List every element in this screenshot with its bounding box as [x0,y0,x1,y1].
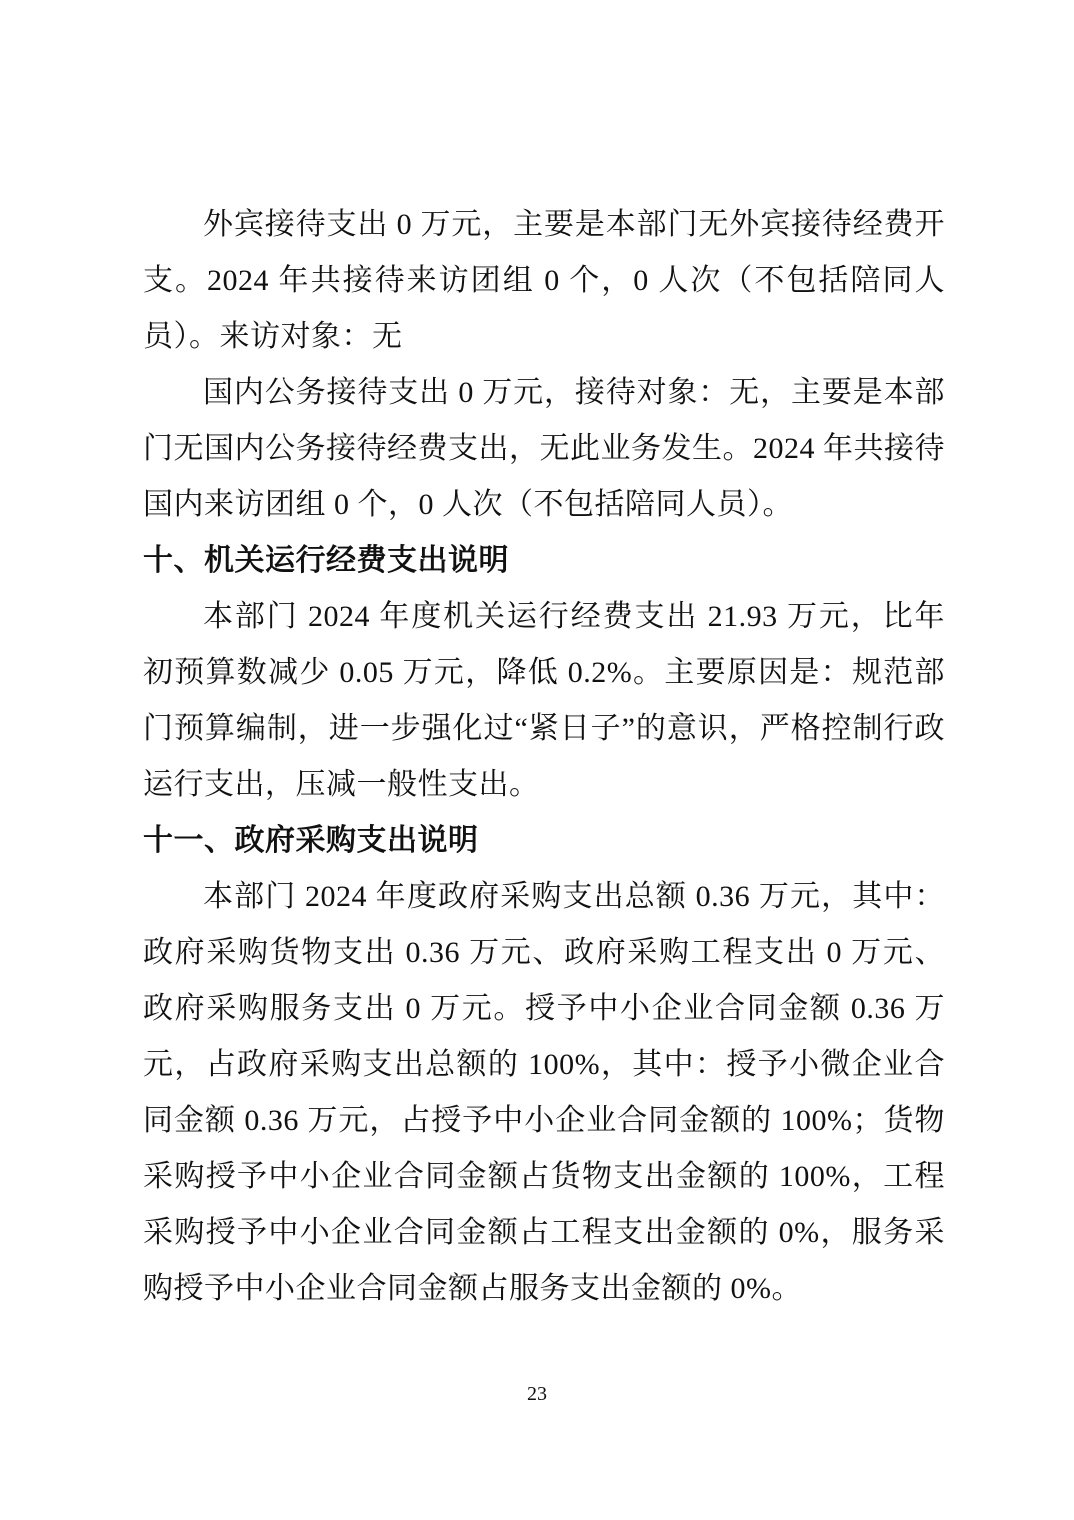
paragraph-domestic-official-reception: 国内公务接待支出 0 万元，接待对象：无，主要是本部门无国内公务接待经费支出，无… [143,365,945,533]
heading-section-11-government-procurement: 十一、政府采购支出说明 [143,813,945,869]
paragraph-agency-operating-expenses: 本部门 2024 年度机关运行经费支出 21.93 万元，比年初预算数减少 0.… [143,589,945,813]
page-content: 外宾接待支出 0 万元，主要是本部门无外宾接待经费开支。2024 年共接待来访团… [143,197,945,1317]
paragraph-foreign-guest-reception: 外宾接待支出 0 万元，主要是本部门无外宾接待经费开支。2024 年共接待来访团… [143,197,945,365]
page-number: 23 [0,1380,1074,1408]
heading-section-10-agency-operating-expenses: 十、机关运行经费支出说明 [143,533,945,589]
document-page: 外宾接待支出 0 万元，主要是本部门无外宾接待经费开支。2024 年共接待来访团… [0,0,1074,1520]
paragraph-government-procurement: 本部门 2024 年度政府采购支出总额 0.36 万元，其中：政府采购货物支出 … [143,869,945,1317]
